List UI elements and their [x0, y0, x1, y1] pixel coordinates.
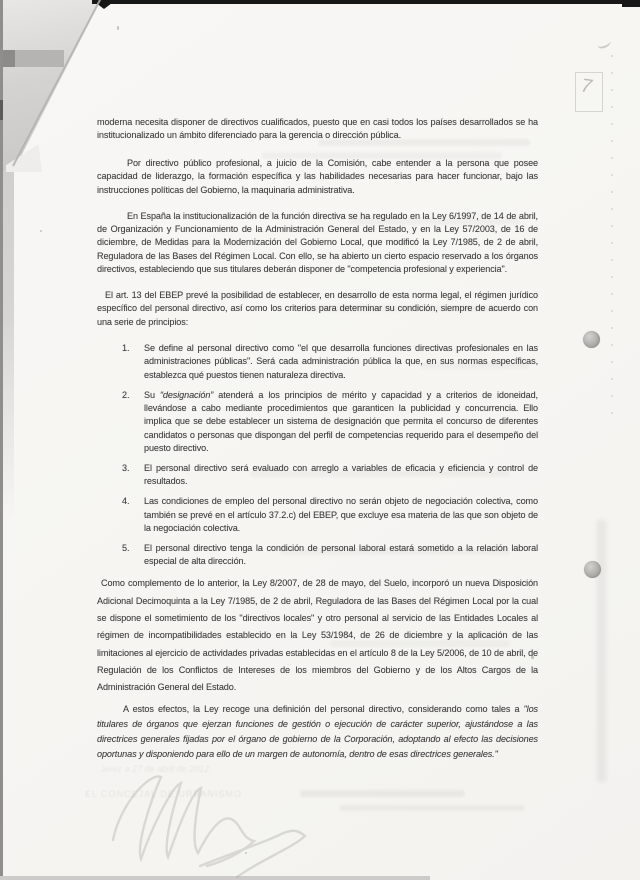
bleedthrough-signature — [113, 776, 305, 877]
list-item: 5. El personal directivo tenga la condic… — [122, 542, 538, 569]
list-item-number: 2. — [122, 389, 144, 456]
list-item-number: 4. — [122, 495, 144, 535]
list-item-number: 3. — [122, 462, 144, 489]
paragraph-espana-leyes: En España la institucionalización de la … — [97, 210, 538, 277]
paragraph-directivo-profesional: Por directivo público profesional, a jui… — [97, 157, 538, 197]
document-body: moderna necesita disponer de directivos … — [97, 116, 538, 775]
italic-term: “designación” — [160, 390, 213, 400]
paragraph-art13-ebep: El art. 13 del EBEP prevé la posibilidad… — [97, 289, 538, 329]
list-item-text: El personal directivo tenga la condición… — [144, 542, 538, 569]
list-item: 3. El personal directivo será evaluado c… — [122, 462, 538, 489]
list-item: 1. Se define al personal directivo como … — [122, 342, 538, 382]
list-item: 4. Las condiciones de empleo del persona… — [122, 495, 538, 535]
list-item-text: Se define al personal directivo como "el… — [144, 342, 538, 382]
list-item-text: Las condiciones de empleo del personal d… — [144, 495, 538, 535]
folded-corner-edge-line — [13, 0, 101, 166]
list-item: 2. Su “designación” atenderá a los princ… — [122, 389, 538, 456]
list-item-text: Su “designación” atenderá a los principi… — [144, 389, 538, 456]
principles-list: 1. Se define al personal directivo como … — [122, 342, 538, 569]
paragraph-ley-suelo: Como complemento de lo anterior, la Ley … — [97, 575, 538, 696]
list-item-number: 5. — [122, 542, 144, 569]
scanned-document-page: 7 Jerez a 27 de abril de 2012 EL CONCEJA… — [0, 0, 640, 880]
list-item-text: El personal directivo será evaluado con … — [144, 462, 538, 489]
list-item-number: 1. — [122, 342, 144, 382]
paragraph-continuation: moderna necesita disponer de directivos … — [97, 116, 538, 143]
paragraph-definicion-directivo: A estos efectos, la Ley recoge una defin… — [97, 702, 538, 762]
